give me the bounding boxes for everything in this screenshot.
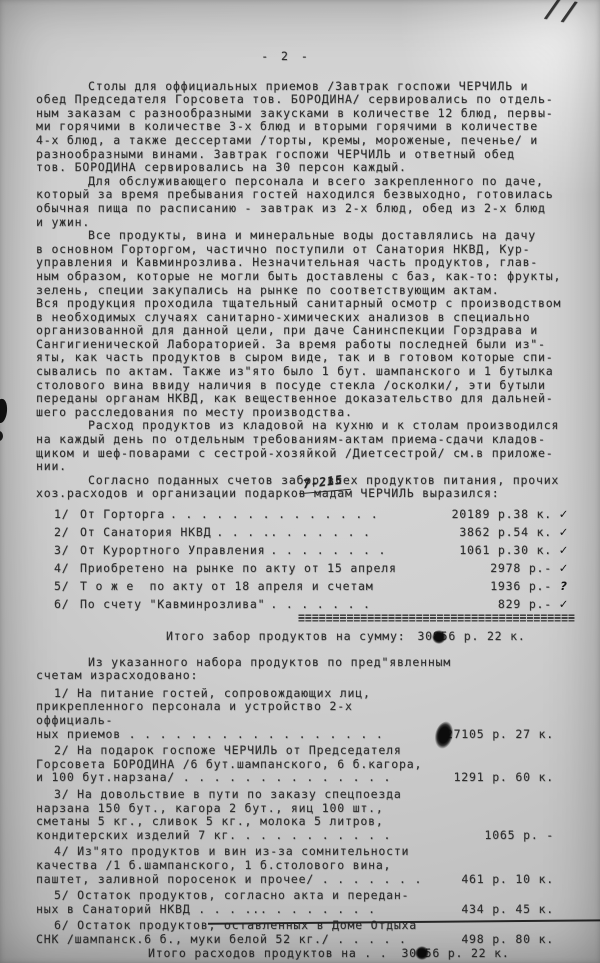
paragraph-staff-meals: Для обслуживающего персонала и всего зак… <box>36 175 576 229</box>
receipts-list: 1/ От Горторга . . . . . . . . . . . . .… <box>36 505 576 644</box>
receipt-row-label: От Санатория НКВД <box>80 523 211 541</box>
expenses-total-row: Итого расходов продуктов на . . 30856 р.… <box>36 947 576 961</box>
receipt-row-label: От Курортного Управления <box>80 541 265 559</box>
expense-item-text: 1/ На питание гостей, сопровождающих лиц… <box>36 687 424 741</box>
paragraph-expenses-intro: Из указанного набора продуктов по пред"я… <box>36 656 576 683</box>
handwritten-check-mark: ✓ <box>552 541 576 559</box>
receipt-row-amount: 1061 р.30 к. <box>432 541 552 559</box>
expense-item-amount: 1065 р. - <box>428 829 554 843</box>
handwritten-corner-mark: // <box>543 1 579 20</box>
receipt-row-number: 2/ <box>54 523 80 541</box>
receipt-row-amount: 1936 р.- <box>432 577 552 595</box>
paragraph-storeroom-accounting: Расход продуктов из кладовой на кухню и … <box>36 419 576 473</box>
receipt-row: 6/ По счету "Кавминрозлива" . . . . . . … <box>36 595 576 613</box>
dot-leaders: . . . . . . . . . . . . . . <box>170 505 427 523</box>
expense-item-text: 4/ Из"ято продуктов и вин из-за сомнител… <box>36 845 424 886</box>
receipt-row-amount: 3862 р.54 к. <box>432 523 552 541</box>
double-dashed-separator: ======================================== <box>36 613 576 623</box>
receipt-row-number: 4/ <box>54 559 80 577</box>
handwritten-question-mark: ? <box>552 577 576 595</box>
receipt-row-label: Приобретено на рынке по акту от 15 апрел… <box>80 559 397 577</box>
receipt-row: 5/ Т о ж е по акту от 18 апреля и счетам… <box>36 577 576 595</box>
receipt-row-amount: 2978 р.- <box>432 559 552 577</box>
ink-smudge <box>0 398 9 423</box>
receipt-row: 1/ От Горторга . . . . . . . . . . . . .… <box>36 505 576 523</box>
page-number: - 2 - <box>36 50 536 64</box>
receipts-total-label: Итого забор продуктов на сумму: <box>166 630 405 644</box>
expense-item-amount: 461 р. 10 к. <box>428 873 554 887</box>
expenses-total-amount: 30856 р. 22 к. <box>401 947 509 961</box>
receipt-row-amount: 20189 р.38 к. <box>432 505 552 523</box>
expense-item: 1/ На питание гостей, сопровождающих лиц… <box>36 687 576 741</box>
receipt-row: 4/ Приобретено на рынке по акту от 15 ап… <box>36 559 576 577</box>
paragraph-official-receptions: Столы для оффициальных приемов /Завтрак … <box>36 80 576 175</box>
receipt-row: 3/ От Курортного Управления . . . . . . … <box>36 541 576 559</box>
dot-leaders: . . . . . . . <box>270 595 427 613</box>
receipt-row-number: 5/ <box>54 577 80 595</box>
receipt-row-label: Т о ж е по акту от 18 апреля и счетам <box>80 577 374 595</box>
expense-item-text: 5/ Остаток продуктов, согласно акта и пе… <box>36 889 424 916</box>
handwritten-check-mark: ✓ <box>552 505 576 523</box>
expense-item-text: 2/ На подарок госпоже ЧЕРЧИЛЬ от Председ… <box>36 744 424 785</box>
receipt-row-amount: 829 р.- <box>432 595 552 613</box>
receipt-row-number: 1/ <box>54 505 80 523</box>
dot-leaders: . . . . . . . . <box>270 541 427 559</box>
paragraph-product-supply: Все продукты, вина и минеральные воды до… <box>36 229 576 419</box>
expenses-total-label: Итого расходов продуктов на . . <box>148 947 387 961</box>
receipt-row-label: По счету "Кавминрозлива" <box>80 595 265 613</box>
expense-item: 2/ На подарок госпоже ЧЕРЧИЛЬ от Председ… <box>36 744 576 785</box>
receipts-total-row: Итого забор продуктов на сумму: 30856 р.… <box>36 630 576 644</box>
dot-leaders: . . . .. . . . . . . <box>216 523 427 541</box>
typewritten-content: - 2 - Столы для оффициальных приемов /За… <box>36 50 576 961</box>
expense-item-amount: 498 р. 80 к. <box>428 933 554 947</box>
expense-item: 3/ На довольствие в пути по заказу спецп… <box>36 788 576 842</box>
scanned-document-page: // - 2 - Столы для оффициальных приемов … <box>0 0 600 963</box>
expense-item-amount: 1291 р. 60 к. <box>428 771 554 785</box>
ink-smudge <box>0 431 3 441</box>
handwritten-check-mark: ✓ <box>552 523 576 541</box>
receipt-row-number: 3/ <box>54 541 80 559</box>
expense-item-amount: 434 р. 45 к. <box>428 903 554 917</box>
receipt-row-label: От Горторга <box>80 505 165 523</box>
expense-item-text: 3/ На довольствие в пути по заказу спецп… <box>36 788 424 842</box>
receipt-row-number: 6/ <box>54 595 80 613</box>
expense-item-amount: 27105 р. 27 к. <box>428 728 554 742</box>
receipt-row: 2/ От Санатория НКВД . . . .. . . . . . … <box>36 523 576 541</box>
receipts-total-amount: 30856 р. 22 к. <box>417 630 525 644</box>
expense-item: 4/ Из"ято продуктов и вин из-за сомнител… <box>36 845 576 886</box>
handwritten-check-mark: ✓ <box>552 595 576 613</box>
expense-item: 5/ Остаток продуктов, согласно акта и пе… <box>36 889 576 916</box>
handwritten-check-mark: ✓ <box>552 559 576 577</box>
